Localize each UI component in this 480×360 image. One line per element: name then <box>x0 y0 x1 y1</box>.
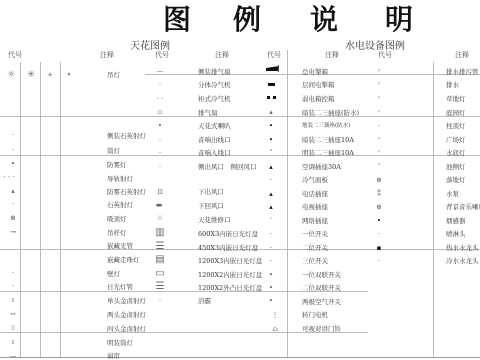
spotlight-icon: · <box>6 130 20 140</box>
water-pump-icon: ⁑ <box>372 189 386 199</box>
legend-label: 防雾石英射灯 <box>107 187 146 197</box>
legend-label: 分体冷气机 <box>198 80 231 90</box>
garden-lamp-icon: ᐟ <box>372 108 386 118</box>
grid-line <box>0 357 480 358</box>
phone-socket-icon: ▴ <box>264 189 278 199</box>
title-char: 明 <box>385 2 413 38</box>
sprinkler-icon: · <box>372 229 386 239</box>
switch-icon: · <box>264 243 278 253</box>
track-light-icon: · · · <box>2 172 16 182</box>
cabinet-ac-icon: · · <box>153 94 167 104</box>
legend-label: 600X3内嵌日光灯盘 <box>198 229 258 239</box>
legend-label: 天花式喇叭 <box>198 121 231 131</box>
intercom-icon: ⌂ <box>268 324 282 334</box>
legend-label: 1200X3内嵌日光灯盘 <box>198 256 262 266</box>
ac-socket-icon: ▴ <box>264 162 278 172</box>
ceiling-lamp-icon: ⊕ <box>6 213 20 223</box>
switch-icon: • <box>264 296 278 306</box>
legend-label: 庭园灯 <box>446 108 466 118</box>
legend-label: 电话插座 <box>302 189 328 199</box>
door-motor-icon: ⋮ <box>268 310 282 320</box>
legend-label: 四头金卤射灯 <box>107 324 146 334</box>
legend-label: 水泵 <box>446 189 459 199</box>
drain-pipe-icon: ᐟ <box>372 67 386 77</box>
downlight-icon: · <box>6 145 20 155</box>
header-code: 代号 <box>8 50 22 60</box>
legend-label: 明装二三插座10A <box>302 148 354 158</box>
section-title-mep: 水电设备图例 <box>345 37 405 52</box>
legend-label: 一位双联开关 <box>302 270 341 280</box>
legend-label: 1200X2内嵌日光灯盘 <box>198 270 262 280</box>
legend-label: 暗装二三插座(防水) <box>302 108 359 118</box>
legend-label: 下出风口 <box>198 187 224 197</box>
pendant-lamp-icon: ⊸ <box>6 227 20 237</box>
post-lamp-icon: · <box>372 121 386 131</box>
legend-label: 侧出风口 侧回风口 <box>198 162 257 172</box>
legend-label: 排气扇 <box>198 108 218 118</box>
metal-halide-icon: ı <box>6 295 20 305</box>
spotlight-icon: ▴ <box>6 186 20 196</box>
fluorescent-panel-icon: ▭ <box>149 269 171 279</box>
legend-label: 冷水水龙头 <box>446 256 479 266</box>
socket-icon: • <box>264 135 278 145</box>
pool-lamp-icon: ˆ <box>372 162 386 172</box>
switch-icon: • <box>264 270 278 280</box>
legend-label: 可视对讲门铃 <box>302 324 341 334</box>
legend-label: 吸顶灯 <box>107 214 127 224</box>
grid-line <box>20 62 21 357</box>
legend-label: 电视插座 <box>302 202 328 212</box>
square-lamp-icon: ᐟ <box>372 135 386 145</box>
fluorescent-panel-icon: ▥ <box>153 228 167 238</box>
header-code: 代号 <box>378 50 392 60</box>
return-vent-icon: ▬ <box>150 200 168 210</box>
legend-label: 筒灯 <box>107 146 120 156</box>
waterproof-socket-icon: ▴ <box>264 107 278 117</box>
legend-label: 转门电机 <box>302 310 328 320</box>
legend-label: 二位双联开关 <box>302 283 341 293</box>
lawn-lamp-icon: ᐟ <box>372 94 386 104</box>
legend-label: 总电掣箱 <box>302 67 328 77</box>
legend-label: 明装筒灯 <box>107 338 133 348</box>
legend-label: 导轨射灯 <box>107 174 133 184</box>
fluorescent-panel-icon: ☰ <box>149 282 171 292</box>
legend-label: 下回风口 <box>198 201 224 211</box>
grid-line <box>0 155 480 156</box>
grid-line <box>40 62 41 357</box>
legend-label: 地装二三插座(防水) <box>302 121 350 131</box>
surface-downlight-icon: ı <box>6 337 20 347</box>
legend-label: 柜式冷气机 <box>198 94 231 104</box>
legend-label: 广场灯 <box>446 135 466 145</box>
grid-line <box>433 62 434 357</box>
fluorescent-panel-icon: ☰ <box>153 242 167 252</box>
audio-in-icon: · <box>153 148 167 158</box>
header-code: 代号 <box>267 50 281 60</box>
legend-label: 排水排污管 <box>446 67 479 77</box>
cross-icon: + <box>43 70 57 80</box>
access-panel-icon: ✕ <box>153 214 167 224</box>
legend-label: 喷淋头 <box>446 229 466 239</box>
legend-label: 嵌藏光管 <box>107 241 133 251</box>
socket-icon: ˄ <box>264 148 278 158</box>
supply-vent-icon: ⊡ <box>153 187 167 197</box>
fluorescent-panel-icon: ▤ <box>149 255 171 265</box>
legend-label: 落地灯 <box>446 175 466 185</box>
legend-label: 壁灯 <box>107 269 120 279</box>
split-ac-icon: · <box>153 80 167 90</box>
title-char: 图 <box>163 2 191 38</box>
legend-label: 侧装排气扇 <box>198 67 231 77</box>
legend-label: 网络插座 <box>302 216 328 226</box>
ac-panel-icon: · <box>264 175 278 185</box>
speaker-icon: • <box>153 121 167 131</box>
chandelier-icon: ☼ <box>4 70 18 80</box>
header-code: 代号 <box>155 50 169 60</box>
bath-heater-icon: · <box>153 296 167 306</box>
header-note: 注释 <box>100 50 114 60</box>
legend-label: 两头金卤射灯 <box>107 310 146 320</box>
legend-label: 池侧灯 <box>446 162 466 172</box>
tv-socket-icon: ▴ <box>264 202 278 212</box>
weak-current-box-icon <box>267 96 270 99</box>
legend-label: 弱电箱控箱 <box>302 94 335 104</box>
legend-label: 吊杆灯 <box>107 228 127 238</box>
legend-label: 音响出线口 <box>198 135 231 145</box>
switch-icon: · <box>264 256 278 266</box>
small-lamp-icon: • <box>62 70 76 80</box>
legend-label: 烟感器 <box>446 216 466 226</box>
wall-lamp-icon: · <box>6 268 20 278</box>
weak-current-box-icon <box>273 96 276 99</box>
grid-line <box>60 62 61 357</box>
legend-label: 浴霸 <box>198 296 211 306</box>
hot-faucet-icon: ▪ <box>372 243 386 253</box>
legend-label: 水底灯 <box>446 148 466 158</box>
legend-label: 柱顶灯 <box>446 121 466 131</box>
legend-label: 排水 <box>446 80 459 90</box>
legend-label: 一位开关 <box>302 229 328 239</box>
legend-label: 层间电掣箱 <box>302 80 335 90</box>
legend-label: 侧装石英射灯 <box>107 131 146 141</box>
legend-label: 吊灯 <box>107 70 120 80</box>
cold-faucet-icon: · <box>372 256 386 266</box>
legend-label: 二位开关 <box>302 243 328 253</box>
floor-socket-icon: • <box>264 121 278 131</box>
curtain-icon: — <box>6 351 20 360</box>
header-note: 注释 <box>215 50 229 60</box>
legend-label: 窗帘 <box>107 351 120 360</box>
legend-label: 日光灯管 <box>107 282 133 292</box>
switch-icon: • <box>264 283 278 293</box>
drain-icon: ᐟ <box>372 80 386 90</box>
grid-line <box>0 116 480 117</box>
distribution-box-icon <box>278 65 279 72</box>
legend-label: 1200X2外凸日光灯盘 <box>198 283 262 293</box>
side-vent-icon: · <box>153 162 167 172</box>
title-char: 说 <box>310 2 338 38</box>
legend-label: 音响入线口 <box>198 148 231 158</box>
legend-label: 天花维修口 <box>198 215 231 225</box>
spotlight-icon: · <box>6 199 20 209</box>
legend-label: 空调插座30A <box>302 162 341 172</box>
metal-halide-icon: ∾ <box>6 309 20 319</box>
legend-label: 三位开关 <box>302 256 328 266</box>
fogproof-lamp-icon: • <box>6 159 20 169</box>
legend-label: 背景音乐喇叭 <box>446 202 480 212</box>
floor-panel-icon <box>268 83 275 86</box>
tube-lamp-icon: · <box>6 281 20 291</box>
legend-label: 单头金卤射灯 <box>107 296 146 306</box>
header-note: 注释 <box>325 50 339 60</box>
page-title: 图 例 说 明 <box>0 2 480 38</box>
underwater-lamp-icon: ᐟ <box>372 148 386 158</box>
grid-line <box>287 50 288 357</box>
legend-label: 暗装二三插座10A <box>302 135 354 145</box>
music-speaker-icon: ⊕ <box>372 202 386 212</box>
chandelier-icon: ✳ <box>24 70 38 80</box>
floor-lamp-icon: ⊕ <box>372 175 386 185</box>
network-socket-icon: ˈ <box>264 216 278 226</box>
header-note: 注释 <box>455 50 469 60</box>
legend-label: 嵌藏走珠灯 <box>107 255 140 265</box>
legend-label: 450X3内嵌日光灯盘 <box>198 243 258 253</box>
title-char: 例 <box>233 2 261 38</box>
legend-label: 石英射灯 <box>107 200 133 210</box>
switch-icon: · <box>264 229 278 239</box>
legend-label: 防雾灯 <box>107 160 127 170</box>
legend-label: 热水水龙头 <box>446 243 479 253</box>
exhaust-fan-icon: — <box>153 66 167 76</box>
smoke-detector-icon: • <box>372 216 386 226</box>
metal-halide-icon: ⁞⁞ <box>6 323 20 333</box>
legend-label: 冷气面板 <box>302 175 328 185</box>
legend-label: 两极空气开关 <box>302 297 341 307</box>
legend-label: 草地灯 <box>446 94 466 104</box>
exhaust-fan-icon: ▫ <box>153 107 167 117</box>
audio-out-icon: · <box>153 135 167 145</box>
